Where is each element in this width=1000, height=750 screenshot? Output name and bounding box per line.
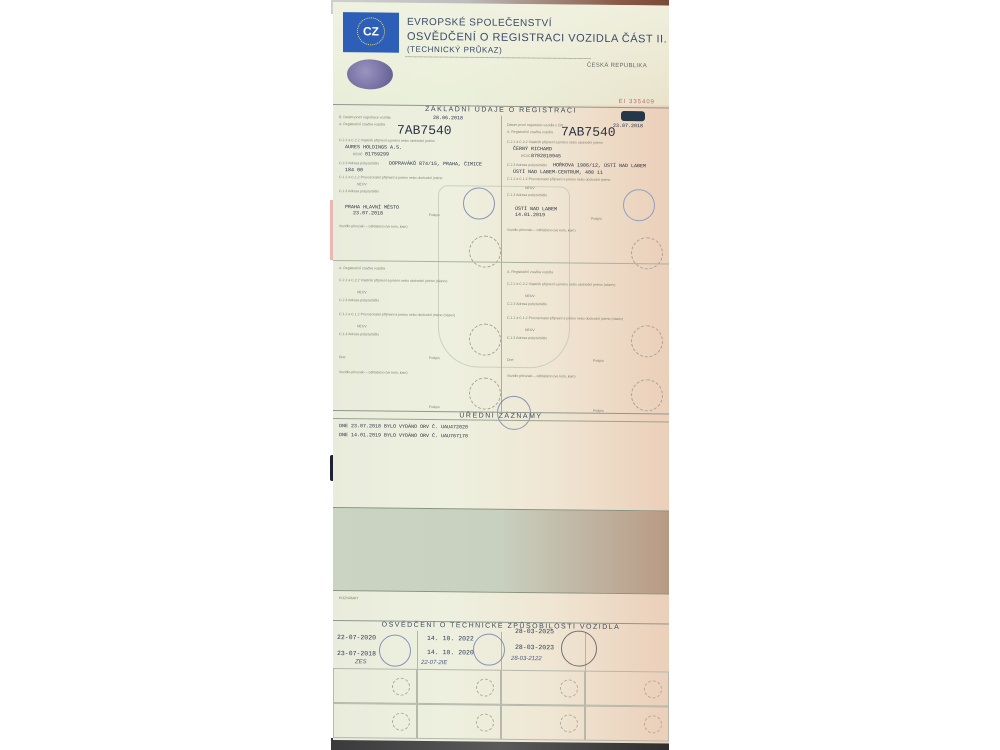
serial-number: EI 335409 [619, 99, 655, 105]
stamp-placeholder [469, 235, 501, 267]
document-subtitle: (TECHNICKÝ PRŮKAZ) [407, 45, 502, 55]
notes-label: POZNÁMKY [339, 596, 359, 600]
inspection-stamp-icon [379, 634, 411, 666]
record-line: DNE 14.01.2019 BYLO VYDÁNO ORV Č. UAU767… [339, 431, 468, 441]
security-band [333, 507, 669, 595]
inspection-date: 14. 10. 2020 [427, 649, 474, 656]
eu-flag-icon: CZ [343, 12, 399, 53]
inspection-cell [585, 633, 669, 672]
stamp-placeholder [631, 325, 663, 357]
owner-address-line2: ÚSTÍ NAD LABEM-CENTRUM, 400 11 [513, 169, 603, 176]
inspection-cell: 14. 10. 2022 14. 10. 2020 22-07-2IE [417, 631, 502, 670]
registration-date: 23.07.2018 [353, 210, 383, 216]
stamp-placeholder [631, 237, 663, 269]
owner-zip: 184 00 [345, 167, 363, 173]
hologram-icon [347, 59, 393, 89]
inspection-valid-until: 22-07-2020 [337, 634, 376, 641]
owner-name: AURES HOLDINGS A.S. [345, 144, 402, 151]
registration-certificate: CZ EVROPSKÉ SPOLEČENSTVÍ OSVĚDČENÍ O REG… [333, 2, 669, 744]
country-name: ČESKÁ REPUBLIKA [587, 63, 647, 70]
plate-number: 7AB7540 [397, 123, 452, 139]
stamp-placeholder [469, 377, 501, 409]
official-stamp-icon [623, 189, 655, 221]
inspection-date: 23-07-2018 [337, 650, 376, 657]
first-registration-date-cz: 23.07.2018 [613, 123, 643, 129]
background-right [669, 0, 1000, 750]
registration-grid: B. Datum první registrace vozidla 28.06.… [333, 114, 669, 414]
registration-date: 14.01.2019 [515, 212, 545, 218]
registration-entry-2: Datum první registrace vozidla v ČR 23.0… [501, 116, 669, 414]
inspection-valid-until: 28-03-2025 [515, 628, 554, 635]
first-registration-date: 28.06.2018 [433, 115, 463, 121]
official-stamp-icon [463, 187, 495, 219]
inspection-date: 28-03-2023 [515, 644, 554, 651]
stamp-placeholder [469, 323, 501, 355]
inspection-valid-until: 14. 10. 2022 [427, 635, 474, 642]
technical-inspections: 22-07-2020 23-07-2018 ZES 14. 10. 2022 1… [333, 630, 669, 672]
plate-number: 7AB7540 [561, 124, 616, 140]
owner-id: 8702010945 [531, 153, 561, 159]
owner-address: HOŘKOVA 1906/12, ÚSTÍ NAD LABEM [553, 162, 646, 169]
inspection-grid-blank [333, 668, 669, 742]
stamp-placeholder [631, 379, 663, 411]
registration-entry-1: B. Datum první registrace vozidla 28.06.… [333, 114, 502, 412]
background-left [0, 0, 331, 750]
inspection-cell: 22-07-2020 23-07-2018 ZES [333, 630, 418, 669]
owner-name: ČERNÝ RICHARD [513, 146, 552, 152]
owner-id: 01759299 [365, 151, 389, 157]
inspection-cell: 28-03-2025 28-03-2023 28-03-2122 [501, 632, 586, 671]
owner-address: DOPRAVÁKŮ 874/15, PRAHA, ČIMICE [389, 161, 482, 168]
official-records: DNE 23.07.2018 BYLO VYDÁNO ORV Č. UAU472… [339, 422, 468, 441]
header-ec: EVROPSKÉ SPOLEČENSTVÍ [407, 17, 552, 30]
country-code: CZ [343, 24, 399, 39]
